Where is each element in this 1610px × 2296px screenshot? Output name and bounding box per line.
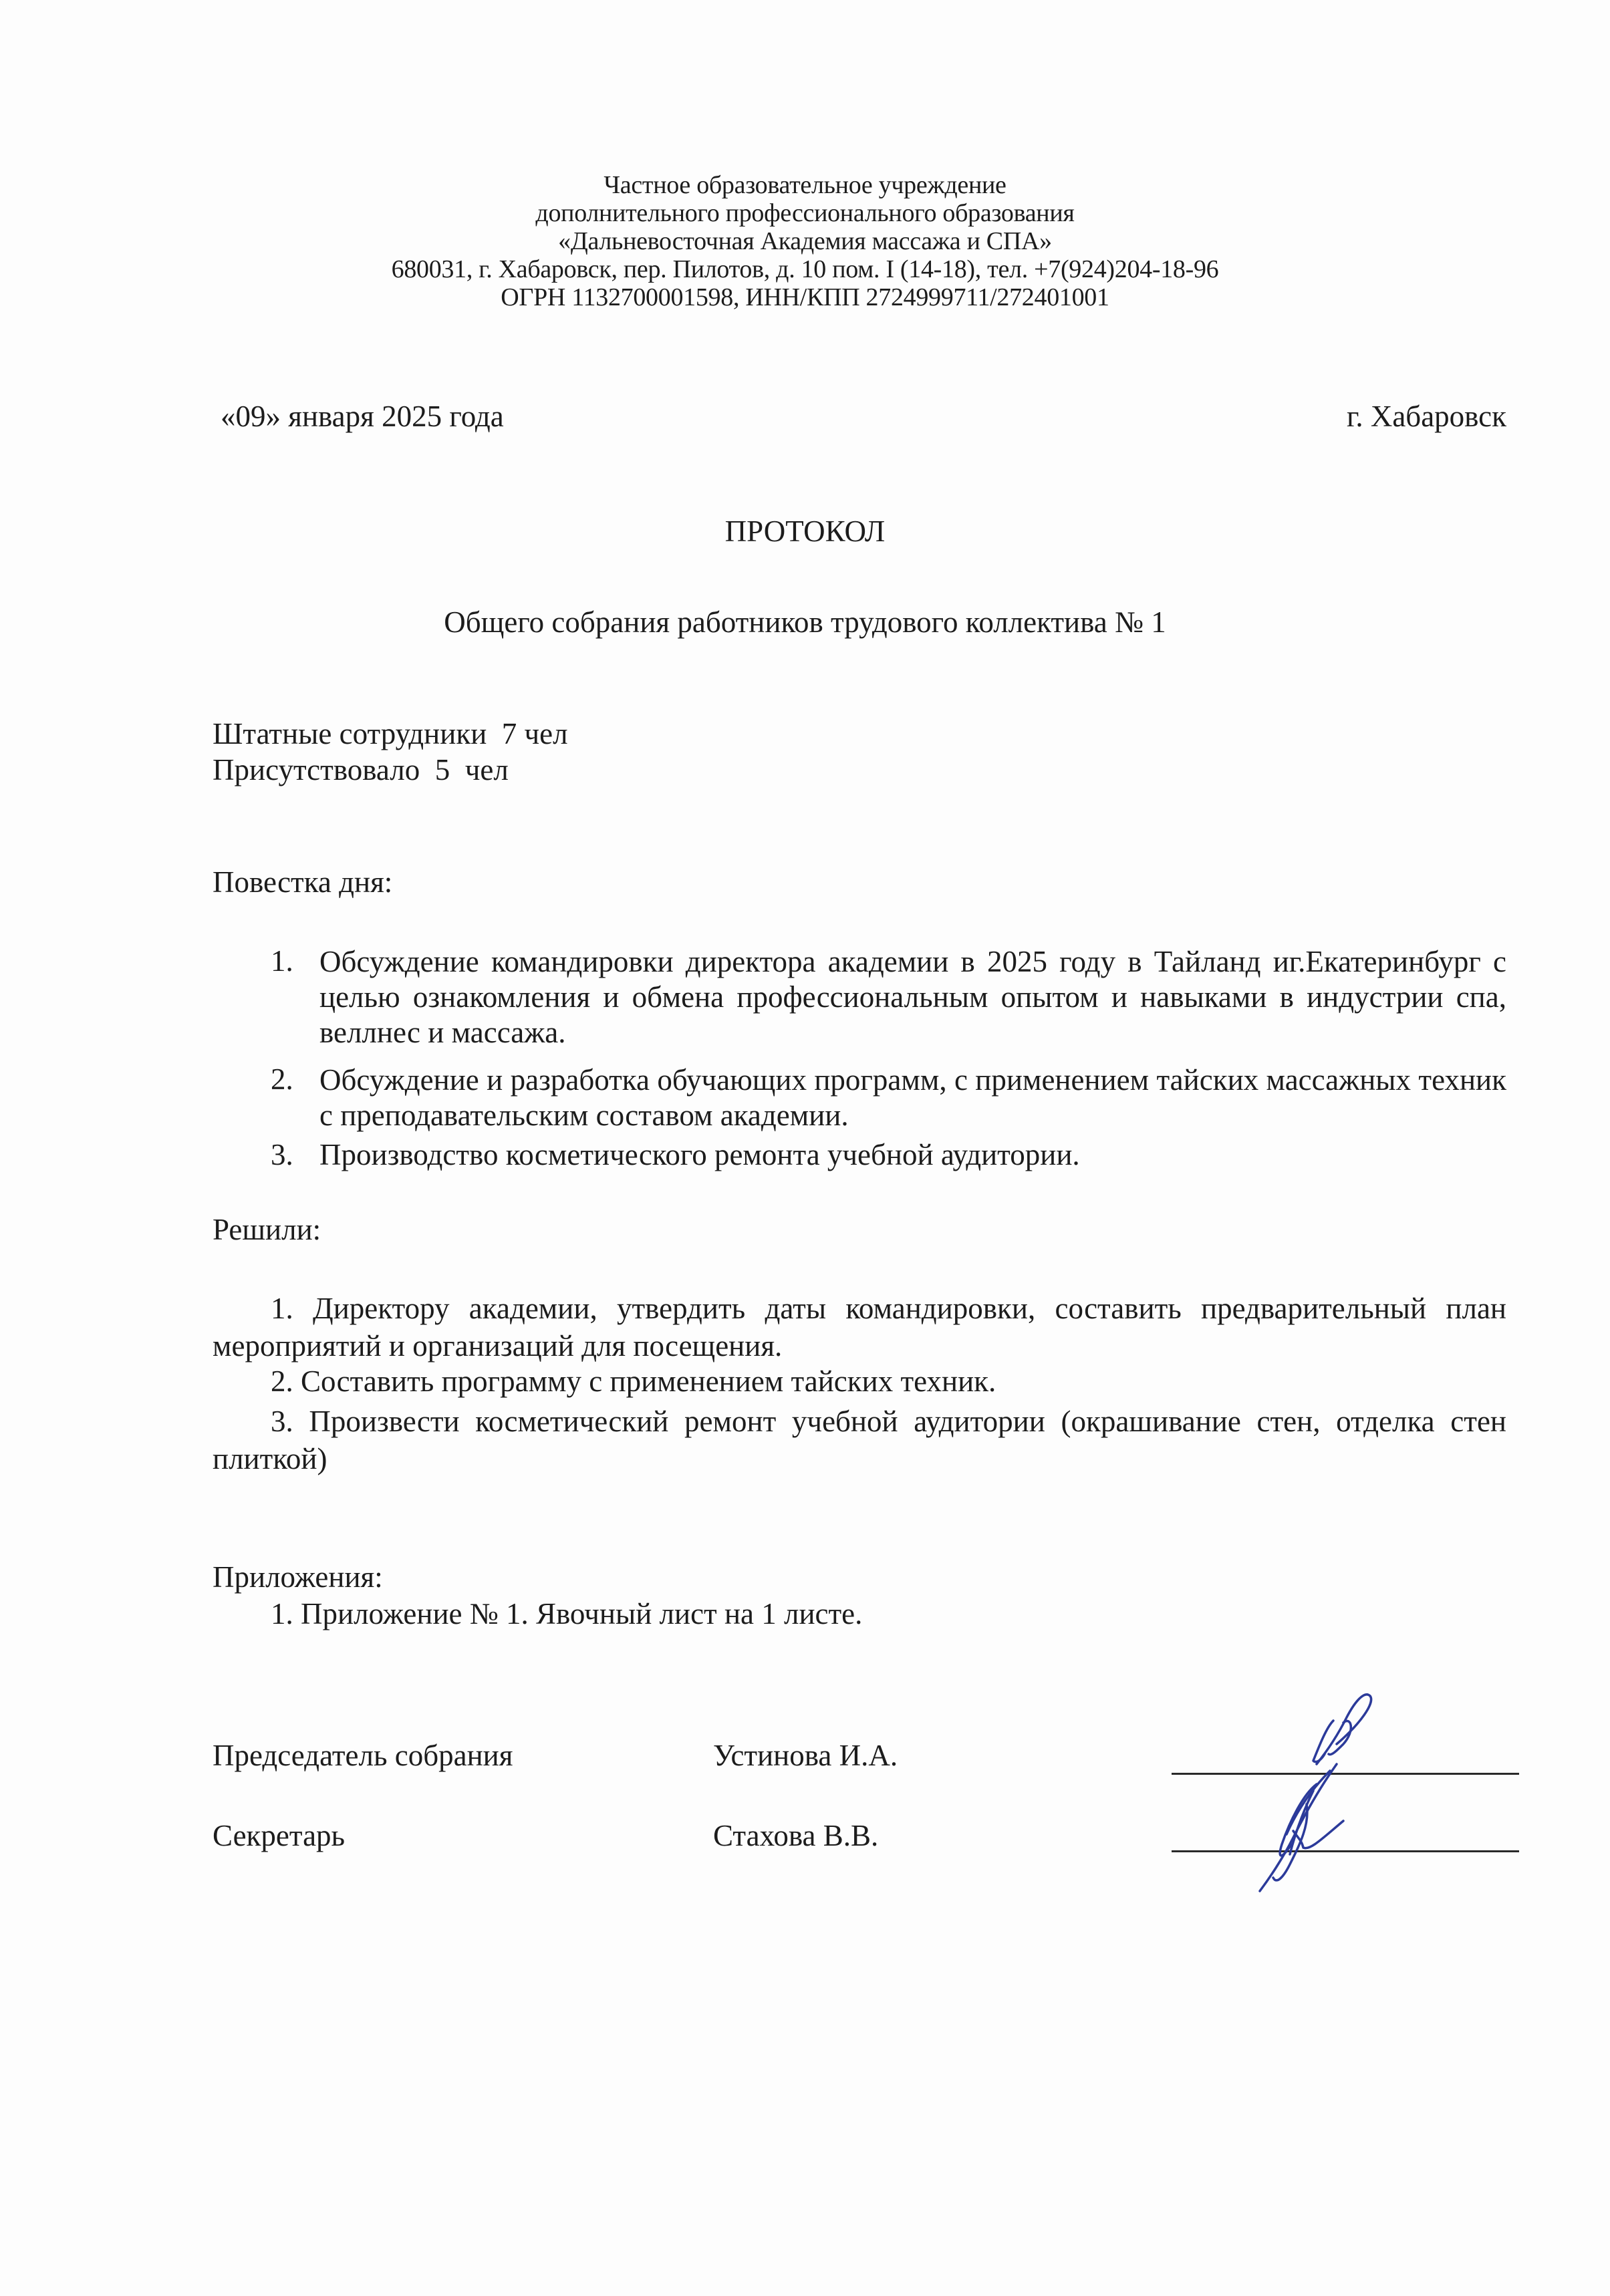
decision-item: 1. Директору академии, утвердить даты ко… — [213, 1290, 1506, 1365]
agenda-item-text: Обсуждение и разработка обучающих програ… — [319, 1062, 1506, 1133]
agenda-heading: Повестка дня: — [213, 865, 392, 899]
document-title: ПРОТОКОЛ — [0, 515, 1610, 548]
decisions-heading: Решили: — [213, 1213, 321, 1246]
document-subtitle: Общего собрания работников трудового кол… — [0, 605, 1610, 639]
org-registration: ОГРН 1132700001598, ИНН/КПП 2724999711/2… — [0, 283, 1610, 311]
org-name: «Дальневосточная Академия массажа и СПА» — [0, 227, 1610, 255]
org-address: 680031, г. Хабаровск, пер. Пилотов, д. 1… — [0, 255, 1610, 283]
staff-count: Штатные сотрудники 7 чел — [213, 717, 568, 750]
agenda-item-number: 2. — [271, 1062, 293, 1096]
agenda-item-text: Производство косметического ремонта учеб… — [319, 1138, 1506, 1171]
org-type-2: дополнительного профессионального образо… — [0, 199, 1610, 227]
handwritten-signature-icon — [1176, 1671, 1377, 1898]
decision-item: 3. Произвести косметический ремонт учебн… — [213, 1403, 1506, 1477]
attachment-item: 1. Приложение № 1. Явочный лист на 1 лис… — [271, 1597, 862, 1630]
chairman-role: Председатель собрания — [213, 1739, 513, 1772]
agenda-item-number: 3. — [271, 1138, 293, 1171]
secretary-role: Секретарь — [213, 1819, 345, 1852]
chairman-name: Устинова И.А. — [713, 1739, 898, 1772]
document-city: г. Хабаровск — [1347, 400, 1506, 433]
attachments-heading: Приложения: — [213, 1560, 383, 1594]
agenda-item-text: Обсуждение командировки директора академ… — [319, 944, 1506, 1050]
org-type: Частное образовательное учреждение — [0, 171, 1610, 199]
document-date: «09» января 2025 года — [221, 400, 504, 433]
present-count: Присутствовало 5 чел — [213, 753, 509, 786]
secretary-name: Стахова В.В. — [713, 1819, 878, 1852]
agenda-item-number: 1. — [271, 944, 293, 978]
decision-item: 2. Составить программу с применением тай… — [213, 1365, 1506, 1398]
